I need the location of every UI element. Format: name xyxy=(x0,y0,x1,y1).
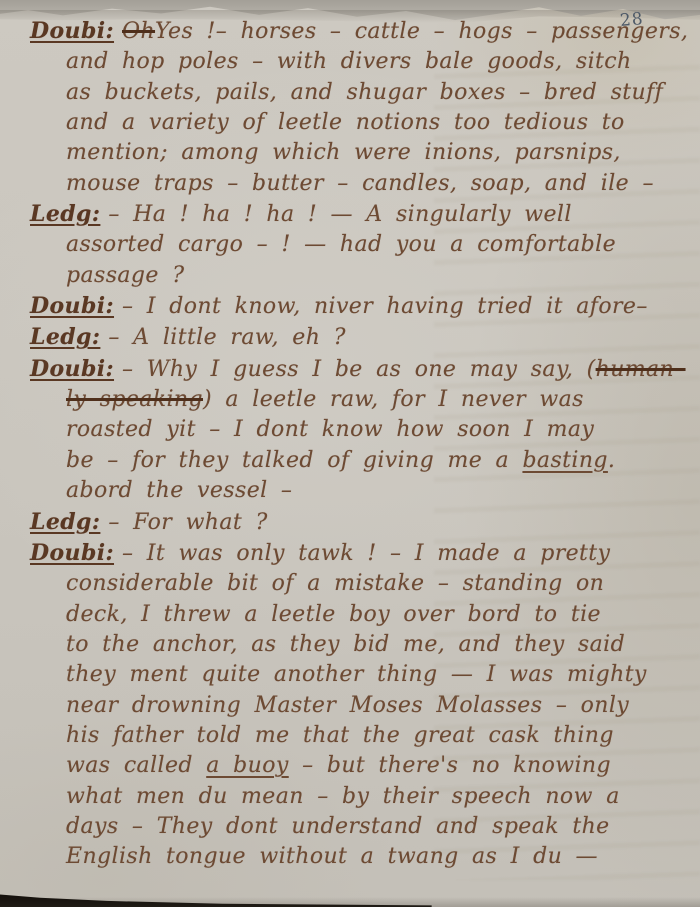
speaker-label: Ledg: xyxy=(30,201,108,227)
manuscript-line: was called a buoy – but there's no knowi… xyxy=(66,751,694,781)
manuscript-line: and a variety of leetle notions too tedi… xyxy=(66,108,694,138)
dialogue-text: was called xyxy=(66,753,206,778)
manuscript-text: Doubi:OhYes !– horses – cattle – hogs – … xyxy=(30,16,694,873)
dialogue-text: . xyxy=(608,448,615,473)
dialogue-text: days – They dont understand and speak th… xyxy=(66,814,610,839)
dialogue-text: passage ? xyxy=(66,263,184,288)
dialogue-text: deck, I threw a leetle boy over bord to … xyxy=(66,602,601,627)
dialogue-text: – I dont know, niver having tried it afo… xyxy=(122,294,648,319)
scan-edge-artifact xyxy=(0,891,445,907)
dialogue-text: considerable bit of a mistake – standing… xyxy=(66,571,604,596)
dialogue-text: his father told me that the great cask t… xyxy=(66,723,614,748)
dialogue-text: – It was only tawk ! – I made a pretty xyxy=(122,541,610,566)
manuscript-line: near drowning Master Moses Molasses – on… xyxy=(66,691,694,721)
manuscript-line: what men du mean – by their speech now a xyxy=(66,782,694,812)
struck-text: Oh xyxy=(122,19,155,44)
manuscript-line: Ledg:– For what ? xyxy=(30,507,694,538)
speaker-label: Doubi: xyxy=(30,356,122,382)
manuscript-line: they ment quite another thing — I was mi… xyxy=(66,660,694,690)
dialogue-text: to the anchor, as they bid me, and they … xyxy=(66,632,625,657)
dialogue-text: – but there's no knowing xyxy=(289,753,611,778)
manuscript-line: Doubi:– I dont know, niver having tried … xyxy=(30,291,694,322)
dialogue-text: abord the vessel – xyxy=(66,478,292,503)
manuscript-line: assorted cargo – ! — had you a comfortab… xyxy=(66,230,694,260)
dialogue-text: English tongue without a twang as I du — xyxy=(66,844,598,869)
manuscript-line: as buckets, pails, and shugar boxes – br… xyxy=(66,78,694,108)
manuscript-line: Doubi:– It was only tawk ! – I made a pr… xyxy=(30,538,694,569)
dialogue-text: – Why I guess I be as one may say, ( xyxy=(122,357,596,382)
dialogue-text: – For what ? xyxy=(108,510,267,535)
manuscript-line: abord the vessel – xyxy=(66,476,694,506)
dialogue-text: as buckets, pails, and shugar boxes – br… xyxy=(66,80,663,105)
manuscript-page: 28 Doubi:OhYes !– horses – cattle – hogs… xyxy=(0,0,700,907)
speaker-label: Doubi: xyxy=(30,293,122,319)
manuscript-line: Ledg:– Ha ! ha ! ha ! — A singularly wel… xyxy=(30,199,694,230)
speaker-label: Ledg: xyxy=(30,509,108,535)
manuscript-line: days – They dont understand and speak th… xyxy=(66,812,694,842)
dialogue-text: and a variety of leetle notions too tedi… xyxy=(66,110,625,135)
dialogue-text: near drowning Master Moses Molasses – on… xyxy=(66,693,629,718)
manuscript-line: considerable bit of a mistake – standing… xyxy=(66,569,694,599)
manuscript-line: Ledg:– A little raw, eh ? xyxy=(30,322,694,353)
dialogue-text: Yes !– horses – cattle – hogs – passenge… xyxy=(155,19,688,44)
dialogue-text: be – for they talked of giving me a xyxy=(66,448,522,473)
speaker-label: Doubi: xyxy=(30,540,122,566)
manuscript-line: Doubi:OhYes !– horses – cattle – hogs – … xyxy=(30,16,694,47)
manuscript-line: to the anchor, as they bid me, and they … xyxy=(66,630,694,660)
speaker-label: Ledg: xyxy=(30,324,108,350)
manuscript-line: English tongue without a twang as I du — xyxy=(66,842,694,872)
struck-text: ly speaking xyxy=(66,387,203,412)
manuscript-line: mouse traps – butter – candles, soap, an… xyxy=(66,169,694,199)
manuscript-line: his father told me that the great cask t… xyxy=(66,721,694,751)
manuscript-line: passage ? xyxy=(66,261,694,291)
struck-text: human– xyxy=(596,357,686,382)
underlined-text: basting xyxy=(522,448,607,473)
underlined-text: a buoy xyxy=(206,753,288,778)
dialogue-text: mouse traps – butter – candles, soap, an… xyxy=(66,171,654,196)
dialogue-text: what men du mean – by their speech now a xyxy=(66,784,620,809)
speaker-label: Doubi: xyxy=(30,18,122,44)
manuscript-line: and hop poles – with divers bale goods, … xyxy=(66,47,694,77)
manuscript-line: Doubi:– Why I guess I be as one may say,… xyxy=(30,354,694,385)
dialogue-text: – Ha ! ha ! ha ! — A singularly well xyxy=(108,202,571,227)
manuscript-line: mention; among which were inions, parsni… xyxy=(66,138,694,168)
manuscript-line: be – for they talked of giving me a bast… xyxy=(66,446,694,476)
dialogue-text: ) a leetle raw, for I never was xyxy=(203,387,584,412)
dialogue-text: they ment quite another thing — I was mi… xyxy=(66,662,647,687)
dialogue-text: roasted yit – I dont know how soon I may xyxy=(66,417,594,442)
dialogue-text: – A little raw, eh ? xyxy=(108,325,346,350)
manuscript-line: deck, I threw a leetle boy over bord to … xyxy=(66,600,694,630)
manuscript-line: roasted yit – I dont know how soon I may xyxy=(66,415,694,445)
dialogue-text: and hop poles – with divers bale goods, … xyxy=(66,49,632,74)
dialogue-text: mention; among which were inions, parsni… xyxy=(66,140,621,165)
dialogue-text: assorted cargo – ! — had you a comfortab… xyxy=(66,232,616,257)
manuscript-line: ly speaking) a leetle raw, for I never w… xyxy=(66,385,694,415)
